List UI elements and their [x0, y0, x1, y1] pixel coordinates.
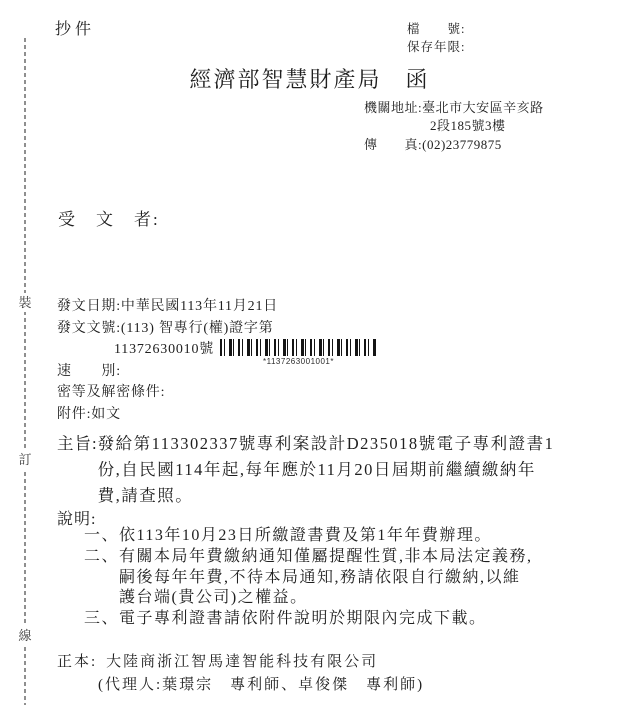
description-item-3-text: 電子專利證書請依附件說明於期限內完成下載。 — [119, 609, 593, 630]
agency-address-line2: 2段185號3樓 — [364, 117, 544, 135]
copy-label: 抄件 — [55, 16, 95, 39]
agency-contact-block: 機關地址:臺北市大安區辛亥路 2段185號3樓 傳 真:(02)23779875 — [364, 99, 544, 154]
recipient-row: 受 文 者: — [58, 205, 160, 230]
original-recipient-row: 正本: 大陸商浙江智馬達智能科技有限公司 — [57, 650, 378, 671]
subject-label: 主旨: — [57, 431, 98, 509]
agency-fax-label: 傳 真: — [364, 137, 422, 152]
agency-address-line1: 機關地址:臺北市大安區辛亥路 — [364, 99, 544, 117]
binding-dashed-line — [24, 38, 26, 705]
description-item-3-marker: 三、 — [84, 609, 119, 630]
description-item-2: 二、 有關本局年費繳納通知僅屬提醒性質,非本局法定義務, 嗣後每年年費,不待本局… — [84, 547, 593, 609]
binding-mark-zhuang: 裝 — [18, 293, 31, 312]
description-items: 一、 依113年10月23日所繳證書費及第1年年費辦理。 二、 有關本局年費繳納… — [84, 526, 593, 630]
attachment-value: 如文 — [91, 407, 121, 422]
security-row: 密等及解密條件: — [57, 382, 278, 404]
subject-section: 主旨: 發給第113302337號專利案設計D235018號電子專利證書1 份,… — [57, 431, 580, 509]
doc-number-row: 發文文號:(113) 智專行(權)證字第 — [57, 318, 278, 340]
issue-date-label: 發文日期: — [57, 299, 121, 314]
recipient-label: 受 文 者: — [58, 210, 160, 229]
doc-number-label: 發文文號: — [57, 321, 121, 336]
document-title: 經濟部智慧財產局 函 — [0, 63, 619, 94]
description-item-2-marker: 二、 — [84, 547, 119, 609]
agency-address-label: 機關地址: — [364, 100, 422, 115]
description-item-3: 三、 電子專利證書請依附件說明於期限內完成下載。 — [84, 609, 593, 630]
agency-fax-line: 傳 真:(02)23779875 — [364, 136, 544, 154]
binding-mark-ding: 訂 — [18, 450, 31, 469]
official-letter-page: 裝 訂 線 抄件 檔 號: 保存年限: 經濟部智慧財產局 函 機關地址:臺北市大… — [0, 0, 619, 705]
description-item-1: 一、 依113年10月23日所繳證書費及第1年年費辦理。 — [84, 526, 593, 547]
issue-date-row: 發文日期:中華民國113年11月21日 — [57, 296, 278, 318]
doc-number-value: (113) 智專行(權)證字第 — [121, 321, 274, 336]
file-number-block: 檔 號: 保存年限: — [407, 21, 465, 56]
agency-fax-value: (02)23779875 — [422, 137, 502, 152]
retention-period-label: 保存年限: — [407, 39, 465, 57]
priority-label: 速 別: — [57, 364, 121, 379]
attachment-label: 附件: — [57, 407, 91, 422]
description-item-1-text: 依113年10月23日所繳證書費及第1年年費辦理。 — [119, 526, 593, 547]
barcode-image — [220, 339, 377, 356]
description-item-2-text: 有關本局年費繳納通知僅屬提醒性質,非本局法定義務, 嗣後每年年費,不待本局通知,… — [119, 547, 593, 609]
subject-text: 發給第113302337號專利案設計D235018號電子專利證書1 份,自民國1… — [98, 431, 580, 509]
original-label: 正本: — [57, 650, 97, 671]
agency-address-value: 臺北市大安區辛亥路 — [422, 100, 544, 115]
file-number-label: 檔 號: — [407, 21, 465, 39]
issue-date-value: 中華民國113年11月21日 — [121, 299, 278, 314]
original-recipient: 大陸商浙江智馬達智能科技有限公司 — [106, 650, 378, 671]
security-label: 密等及解密條件: — [57, 385, 165, 400]
description-item-1-marker: 一、 — [84, 526, 119, 547]
binding-mark-xian: 線 — [18, 626, 31, 645]
agent-line: (代理人:葉璟宗 專利師、卓俊傑 專利師) — [98, 673, 424, 694]
attachment-row: 附件:如文 — [57, 404, 278, 426]
barcode-text: *1137263001001* — [220, 357, 377, 366]
